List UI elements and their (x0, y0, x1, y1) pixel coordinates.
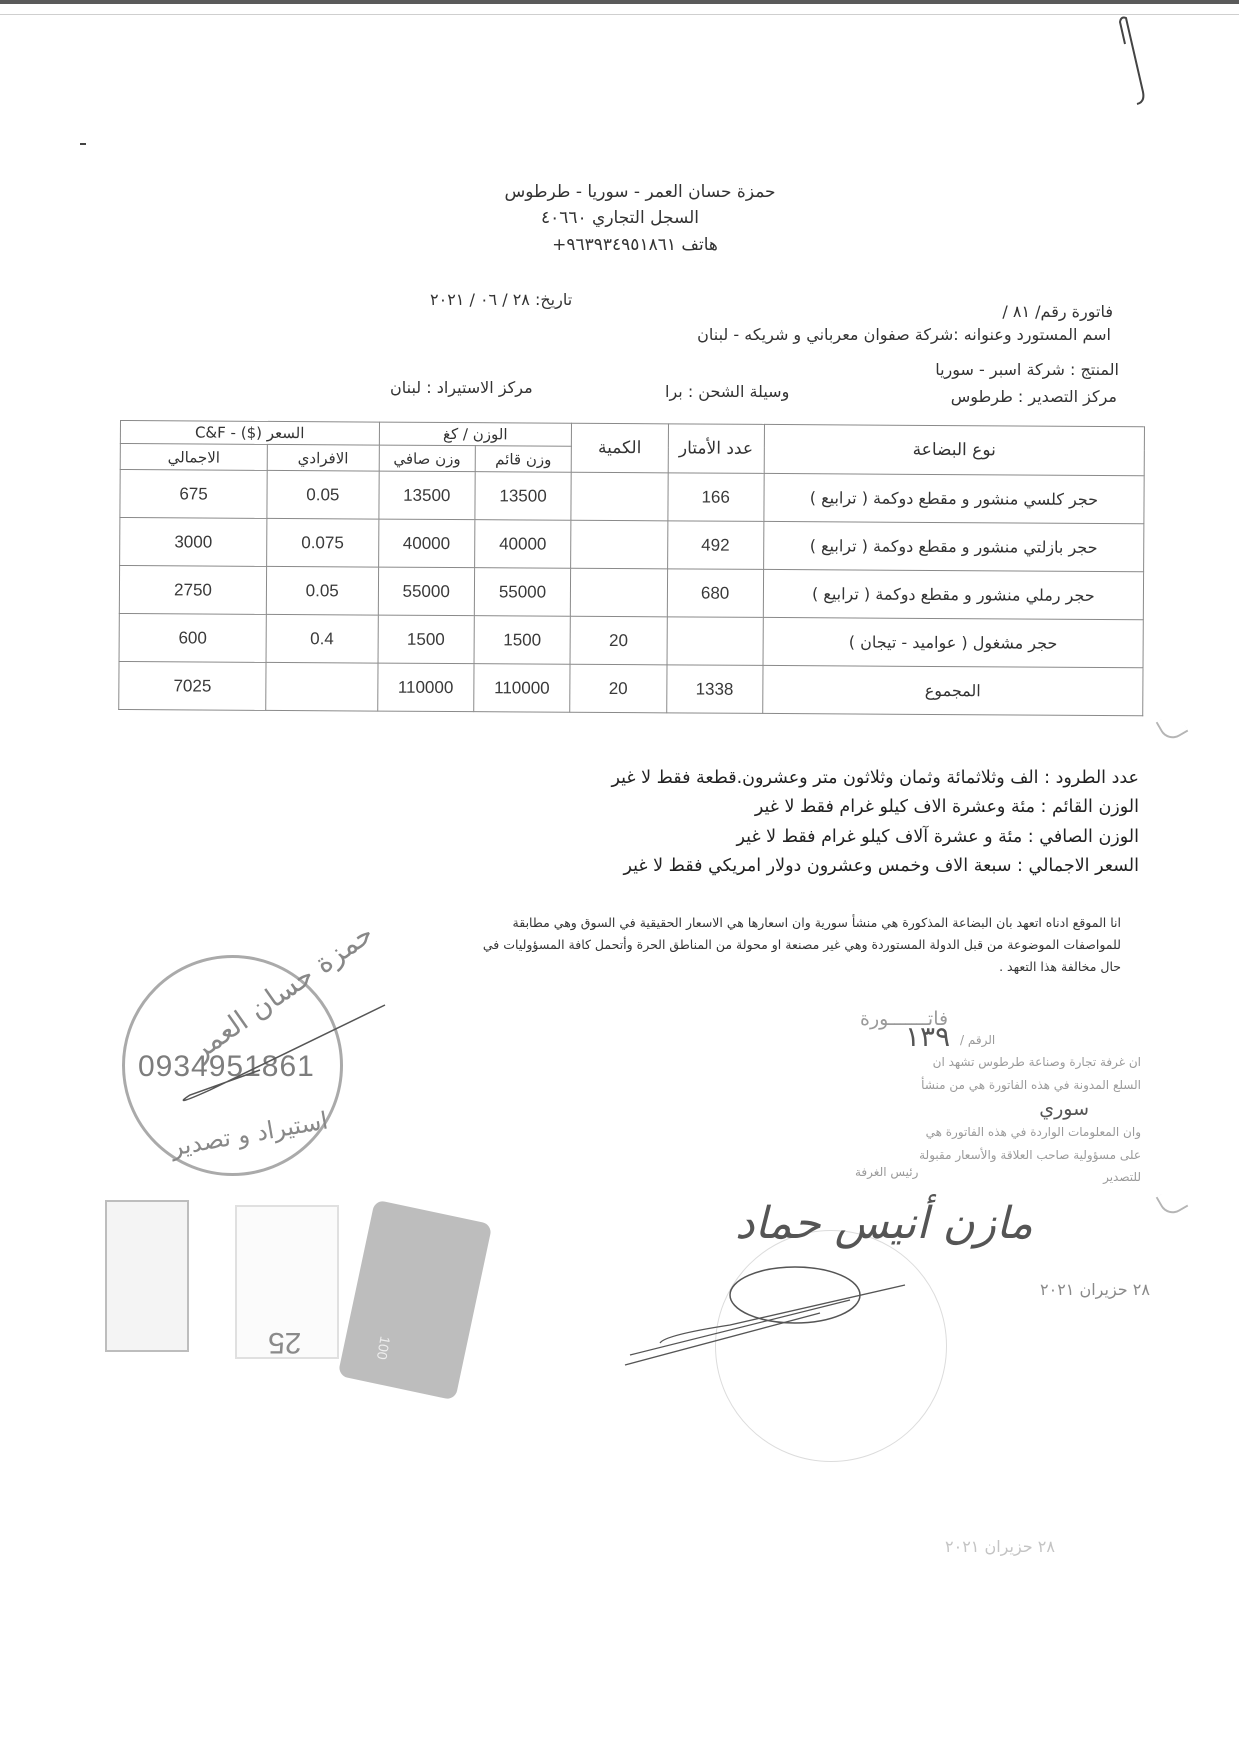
cell-goods-type: حجر مشغول ( عواميد - تيجان ) (763, 617, 1143, 667)
total-price-in-words: السعر الاجمالي : سبعة الاف وخمس وعشرون د… (623, 851, 1139, 881)
header-gross-weight: وزن قائم (475, 446, 571, 473)
cell-total: 3000 (120, 518, 267, 567)
declaration-line-2: للمواصفات الموضوعة من قبل الدولة المستور… (483, 934, 1121, 956)
shipping-method: وسيلة الشحن : برا (665, 382, 789, 401)
header-total: الاجمالي (120, 444, 267, 471)
header-price-group: السعر ($) - C&F (120, 421, 379, 446)
cell-gross-weight: 13500 (475, 472, 572, 521)
letterhead-company: حمزة حسان العمر - سوريا - طرطوس (490, 182, 790, 202)
cell-total-gross-weight: 110000 (474, 664, 571, 713)
date-stamp-faint: ٢٨ حزيران ٢٠٢١ (945, 1537, 1055, 1556)
cell-gross-weight: 1500 (474, 616, 571, 665)
table-row: حجر مشغول ( عواميد - تيجان ) 20 1500 150… (119, 613, 1143, 667)
cell-meters-count: 166 (667, 473, 764, 522)
stamp-signature-stroke (150, 1000, 390, 1110)
totals-row: المجموع 1338 20 110000 110000 7025 (119, 661, 1143, 715)
table-row: حجر كلسي منشور و مقطع دوكمة ( ترابيع ) 1… (120, 470, 1144, 524)
chamber-line-4: على مسؤولية صاحب العلاقة والأسعار مقبولة (919, 1145, 1141, 1165)
cell-quantity (571, 472, 668, 521)
paperclip-icon (1115, 14, 1155, 109)
cell-gross-weight: 40000 (474, 520, 571, 569)
header-net-weight: وزن صافي (379, 445, 475, 472)
scan-top-edge (0, 0, 1239, 4)
cell-total-net-weight: 110000 (377, 663, 474, 712)
cell-total: 2750 (119, 566, 266, 615)
date-stamp: ٢٨ حزيران ٢٠٢١ (1040, 1280, 1150, 1299)
cell-unit-price: 0.4 (266, 614, 378, 663)
cell-net-weight: 13500 (378, 471, 475, 520)
export-center: مركز التصدير : طرطوس (951, 387, 1117, 406)
chamber-number-label: الرقم / (960, 1030, 995, 1050)
packages-in-words: عدد الطرود : الف وثلاثمائة وثمان وثلاثون… (611, 763, 1139, 793)
scan-mark (80, 143, 86, 145)
punch-hole-mark (1156, 711, 1189, 744)
cell-total-quantity: 20 (570, 664, 667, 713)
import-center: مركز الاستيراد : لبنان (390, 378, 533, 397)
table-row: حجر رملي منشور و مقطع دوكمة ( ترابيع ) 6… (119, 566, 1143, 620)
producer: المنتج : شركة اسبر - سوريا (935, 360, 1119, 379)
header-meters-count: عدد الأمتار (668, 424, 765, 474)
punch-hole-mark (1156, 1186, 1189, 1219)
cell-goods-type: حجر بازلتي منشور و مقطع دوكمة ( ترابيع ) (763, 521, 1143, 571)
paper-top-edge (0, 14, 1239, 15)
cell-quantity: 20 (570, 616, 667, 665)
letterhead-phone: هاتف ٩٦٣٩٣٤٩٥١٨٦١+ (520, 235, 750, 255)
cell-goods-type: حجر رملي منشور و مقطع دوكمة ( ترابيع ) (763, 569, 1143, 619)
cell-total-unit-price (266, 662, 378, 711)
chamber-line-2: السلع المدونة في هذه الفاتورة هي من منشأ (921, 1075, 1141, 1095)
importer: اسم المستورد وعنوانه :شركة صفوان معرباني… (697, 325, 1111, 344)
header-unit-price: الافرادي (267, 444, 379, 471)
cell-unit-price: 0.075 (267, 518, 379, 567)
chamber-number: ١٣٩ (905, 1020, 950, 1053)
cell-goods-type: حجر كلسي منشور و مقطع دوكمة ( ترابيع ) (764, 473, 1144, 523)
declaration-line-3: حال مخالفة هذا التعهد . (999, 956, 1121, 978)
cell-total-meters: 1338 (666, 665, 763, 714)
revenue-stamp-value: 25 (268, 1325, 301, 1359)
header-quantity: الكمية (571, 423, 668, 473)
letterhead-register: السجل التجاري ٤٠٦٦٠ (500, 208, 740, 228)
chamber-signer: رئيس الغرفة (855, 1162, 918, 1182)
cell-unit-price: 0.05 (267, 470, 379, 519)
cell-net-weight: 55000 (378, 567, 475, 616)
cell-total: 600 (119, 613, 266, 662)
cell-net-weight: 1500 (378, 615, 475, 664)
chamber-origin: سوري (1039, 1098, 1089, 1120)
chamber-line-3: وان المعلومات الواردة في هذه الفاتورة هي (926, 1122, 1141, 1142)
goods-table: نوع البضاعة عدد الأمتار الكمية الوزن / ك… (118, 420, 1145, 716)
cell-meters-count (667, 617, 764, 666)
invoice-date: تاريخ: ٢٨ / ٠٦ / ٢٠٢١ (430, 290, 572, 309)
net-weight-in-words: الوزن الصافي : مئة و عشرة آلاف كيلو غرام… (737, 822, 1139, 852)
cell-totals-label: المجموع (763, 665, 1143, 715)
cell-meters-count: 492 (667, 521, 764, 570)
gross-weight-in-words: الوزن القائم : مئة وعشرة الاف كيلو غرام … (755, 792, 1139, 822)
signature-scribble (620, 1255, 910, 1375)
cell-unit-price: 0.05 (266, 566, 378, 615)
signature-name: مازن أنيس حماد (735, 1198, 1033, 1249)
revenue-stamp (338, 1199, 493, 1400)
cell-quantity (571, 520, 668, 569)
revenue-stamp (105, 1200, 189, 1352)
cell-total: 675 (120, 470, 267, 519)
invoice-number: فاتورة رقم/ ٨١ / (1002, 302, 1113, 321)
cell-quantity (570, 568, 667, 617)
header-weight-group: الوزن / كغ (379, 422, 572, 446)
declaration-line-1: انا الموقع ادناه اتعهد بان البضاعة المذك… (513, 912, 1121, 934)
cell-net-weight: 40000 (378, 519, 475, 568)
table-row: حجر بازلتي منشور و مقطع دوكمة ( ترابيع )… (120, 518, 1144, 572)
cell-meters-count: 680 (667, 569, 764, 618)
cell-grand-total: 7025 (119, 661, 266, 710)
chamber-line-1: ان غرفة تجارة وصناعة طرطوس تشهد ان (933, 1052, 1141, 1072)
header-goods-type: نوع البضاعة (764, 424, 1144, 475)
cell-gross-weight: 55000 (474, 568, 571, 617)
chamber-line-5: للتصدير (1103, 1167, 1141, 1187)
